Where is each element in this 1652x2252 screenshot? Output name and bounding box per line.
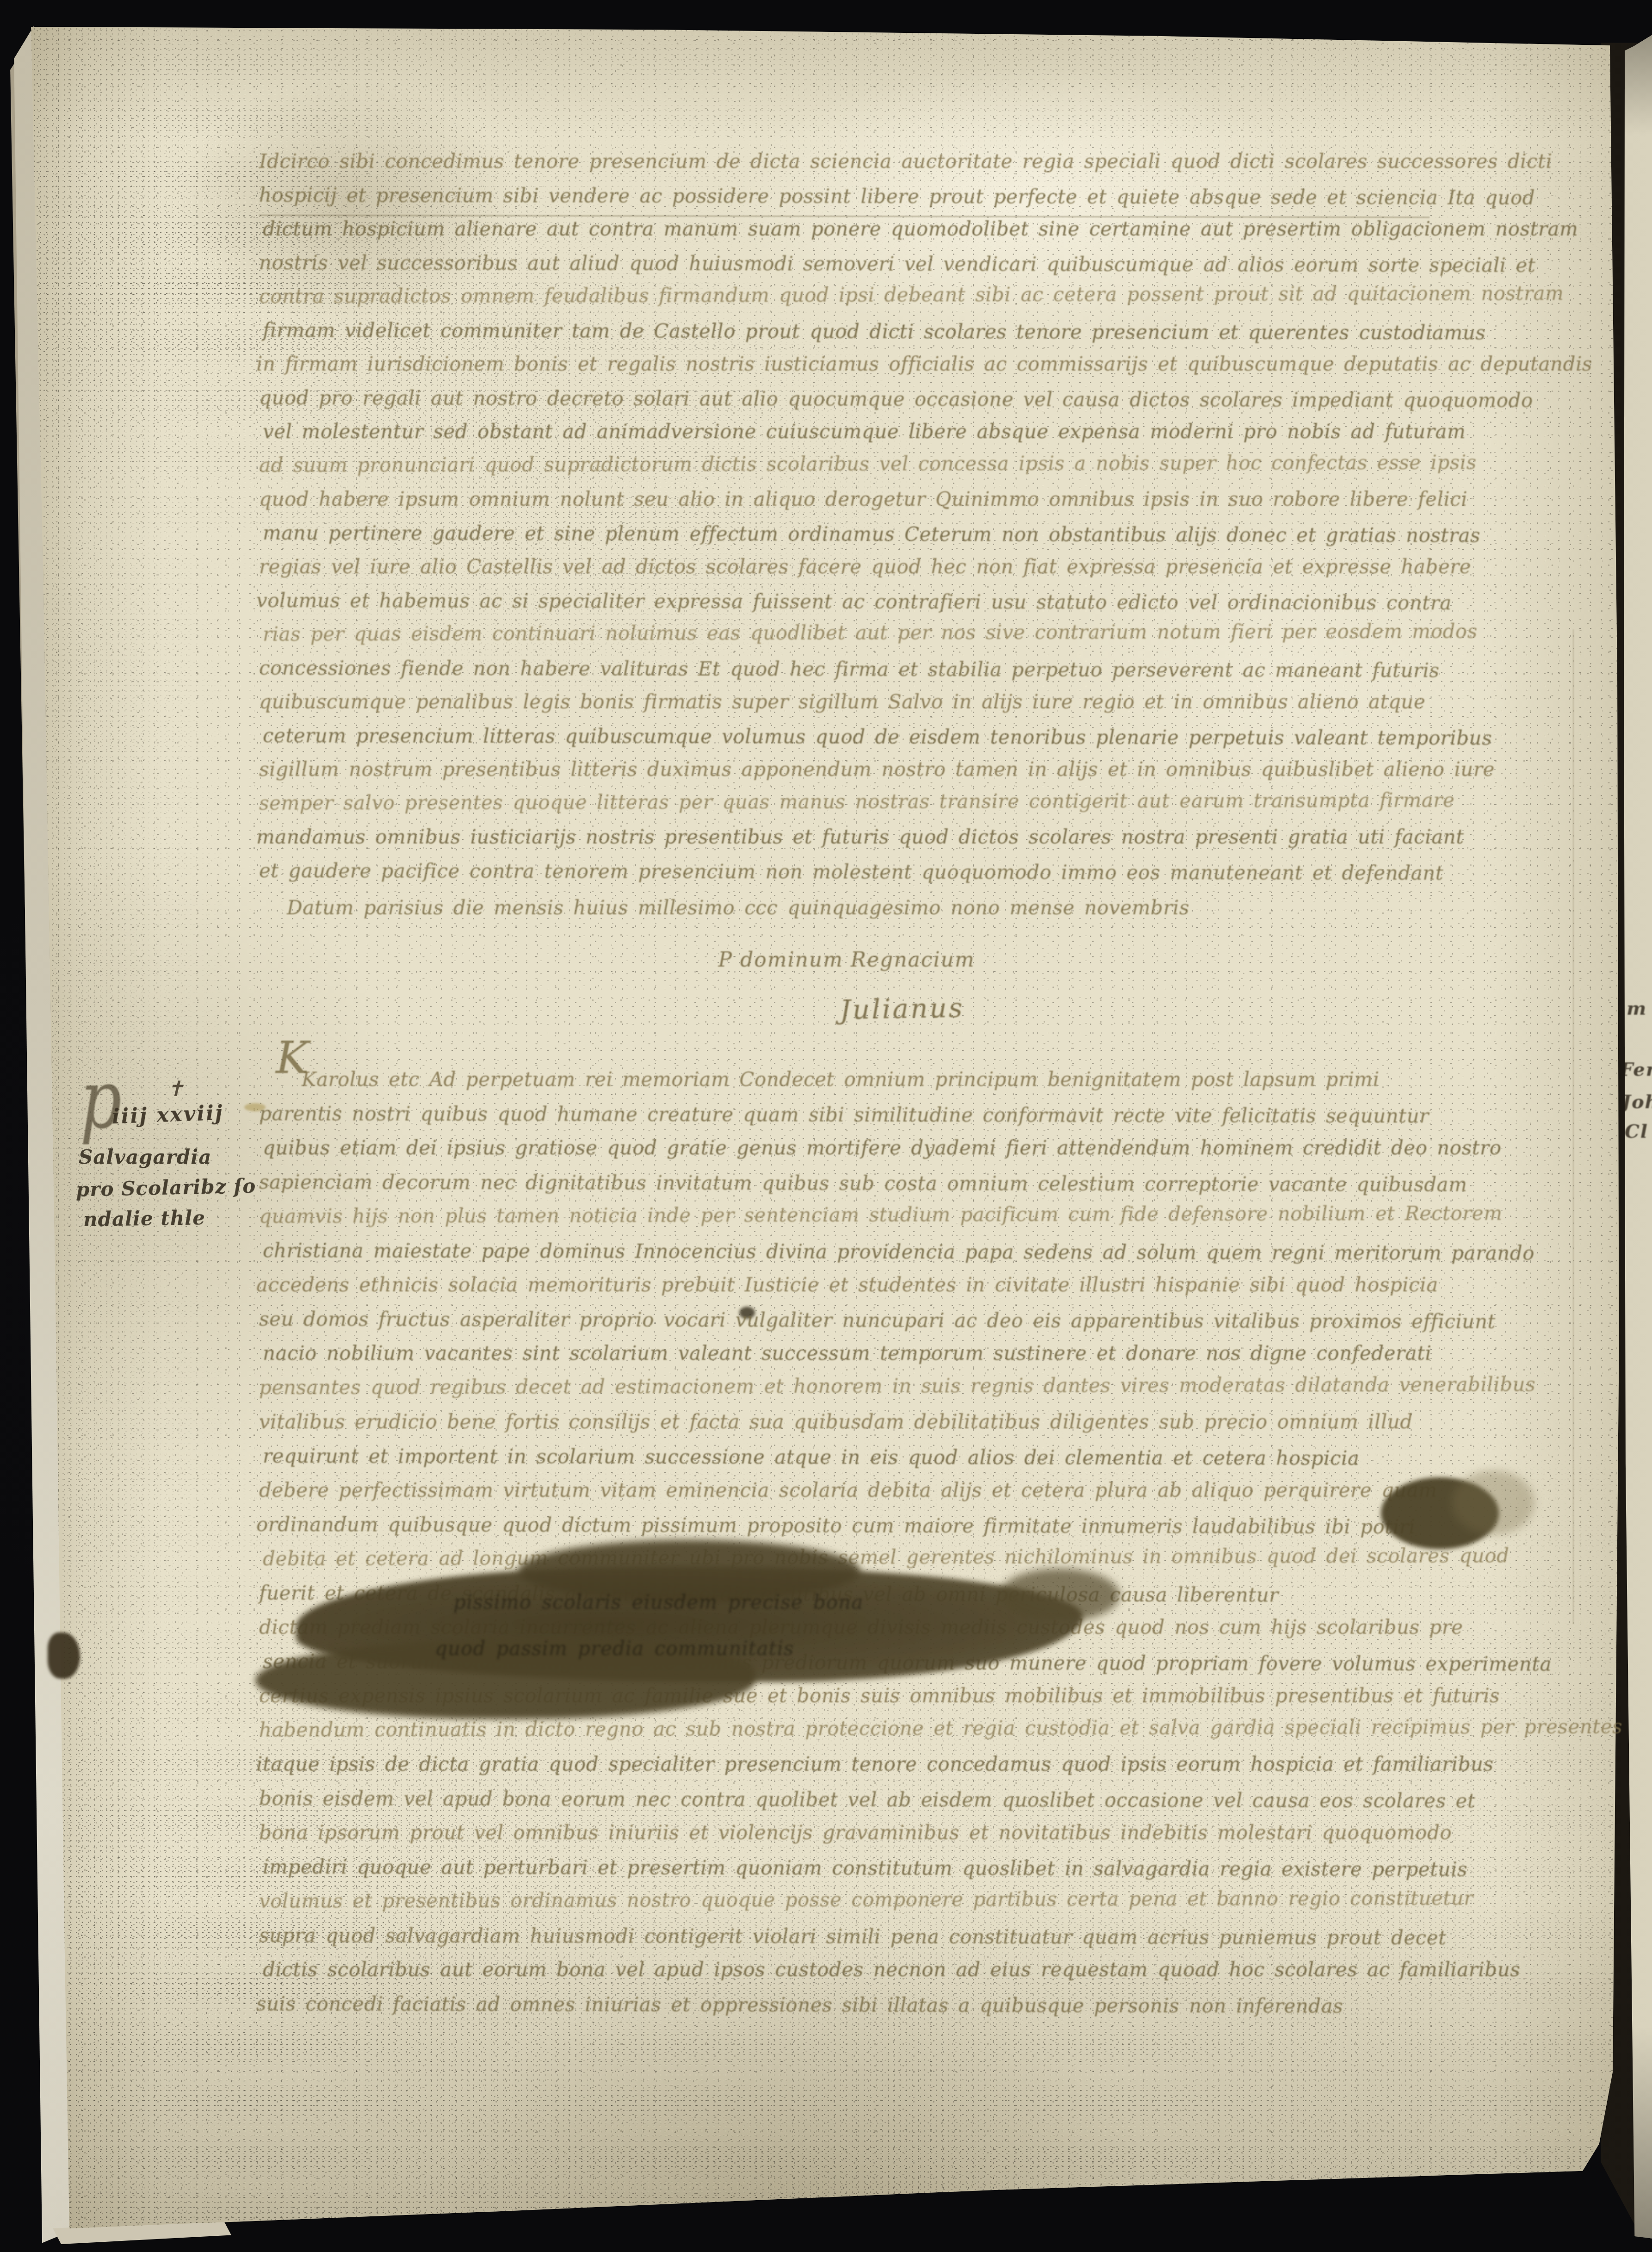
text-line: ad suum pronunciari quod supradictorum d… bbox=[259, 446, 1453, 482]
text-line: quibuscumque penalibus legis bonis firma… bbox=[259, 685, 1453, 719]
text-line: sapienciam decorum nec dignitatibus invi… bbox=[259, 1165, 1453, 1202]
text-line: suis concedi faciatis ad omnes iniurias … bbox=[256, 1987, 1453, 2023]
text-line: rias per quas eisdem continuari noluimus… bbox=[263, 614, 1453, 651]
marginal-title-line: pro Scolaribz ſo bbox=[75, 1170, 282, 1205]
text-line: semper salvo presentes quoque litteras p… bbox=[259, 783, 1453, 820]
text-line: seu domos fructus asperaliter proprio vo… bbox=[259, 1302, 1453, 1339]
manuscript-photo: m Fern Joh Cl Idcirco sibi concedimus te… bbox=[0, 0, 1652, 2252]
adjacent-page-fragment: Fern bbox=[1620, 1061, 1652, 1079]
text-line: requirunt et importent in scolarium succ… bbox=[263, 1439, 1453, 1476]
text-line: sigillum nostrum presentibus litteris du… bbox=[259, 752, 1453, 786]
scribe-signature: Julianus bbox=[740, 987, 1064, 1030]
text-line: impediri quoque aut perturbari et preser… bbox=[263, 1850, 1453, 1886]
text-line: Karolus etc Ad perpetuam rei memoriam Co… bbox=[259, 1062, 1453, 1097]
ghost-line: quod passim predia communitatis bbox=[435, 1639, 794, 1658]
chancery-subscription: P dominum Regnacium bbox=[638, 944, 1055, 976]
text-line: mandamus omnibus iusticiarijs nostris pr… bbox=[256, 820, 1453, 854]
adjacent-page-fragment: Cl bbox=[1625, 1123, 1648, 1141]
marginal-paragraph-mark-icon: ✝ bbox=[167, 1078, 185, 1099]
text-line: parentis nostri quibus quod humane creat… bbox=[259, 1097, 1453, 1133]
text-line: contra supradictos omnem feudalibus firm… bbox=[259, 277, 1453, 313]
text-line: concessiones fiende non habere valituras… bbox=[259, 651, 1453, 687]
text-line: accedens ethnicis solacia memorituris pr… bbox=[256, 1268, 1453, 1302]
text-line: firmam videlicet communiter tam de Caste… bbox=[263, 313, 1453, 349]
text-line: regias vel iure alio Castellis vel ad di… bbox=[259, 550, 1453, 583]
adjacent-page-fragment: m bbox=[1627, 999, 1647, 1018]
text-line: hospicij et presencium sibi vendere ac p… bbox=[259, 178, 1453, 214]
text-line: quibus etiam dei ipsius gratiose quod gr… bbox=[263, 1131, 1453, 1165]
text-line: ordinandum quibusque quod dictum pissimu… bbox=[256, 1508, 1453, 1544]
crease-line bbox=[1573, 629, 1574, 1624]
text-line: dictis scolaribus aut eorum bona vel apu… bbox=[263, 1953, 1453, 1987]
text-line: volumus et presentibus ordinamus nostro … bbox=[259, 1881, 1453, 1918]
text-line: nacio nobilium vacantes sint scolarium v… bbox=[263, 1336, 1453, 1371]
text-line: ceterum presencium litteras quibuscumque… bbox=[263, 719, 1453, 755]
text-line: quod pro regali aut nostro decreto solar… bbox=[259, 381, 1453, 417]
text-line: christiana maiestate pape dominus Innoce… bbox=[263, 1234, 1453, 1270]
text-line: dictum hospicium alienare aut contra man… bbox=[263, 212, 1453, 246]
text-line: vel molestentur sed obstant ad animadver… bbox=[263, 415, 1453, 448]
ink-blot-round bbox=[1381, 1477, 1499, 1549]
text-line: debere perfectissimam virtutum vitam emi… bbox=[259, 1473, 1453, 1508]
text-line: et gaudere pacifice contra tenorem prese… bbox=[259, 854, 1453, 890]
text-line: itaque ipsis de dicta gratia quod specia… bbox=[256, 1747, 1453, 1781]
marginal-number: iiij xxviij bbox=[111, 1103, 224, 1127]
marginal-title: Salvagardiapro Scolaribz ſondalie thle bbox=[79, 1142, 282, 1234]
text-line: pensantes quod regibus decet ad estimaci… bbox=[259, 1368, 1453, 1405]
text-line: bona ipsorum prout vel omnibus iniuriis … bbox=[259, 1816, 1453, 1850]
text-line: volumus et habemus ac si specialiter exp… bbox=[256, 583, 1453, 620]
text-block-1: Idcirco sibi concedimus tenore presenciu… bbox=[259, 144, 1453, 887]
text-block-2: Karolus etc Ad perpetuam rei memoriam Co… bbox=[259, 1062, 1453, 2021]
edge-blot bbox=[48, 1632, 80, 1679]
ink-blot-arm bbox=[999, 1569, 1120, 1622]
marginal-title-line: ndalie thle bbox=[83, 1202, 283, 1235]
text-line: quod habere ipsum omnium nolunt seu alio… bbox=[259, 482, 1453, 516]
text-line: manu pertinere gaudere et sine plenum ef… bbox=[263, 516, 1453, 552]
adjacent-page-fragment: Joh bbox=[1622, 1093, 1652, 1111]
text-line: bonis eisdem vel apud bona eorum nec con… bbox=[259, 1781, 1453, 1818]
text-line: Idcirco sibi concedimus tenore presenciu… bbox=[259, 144, 1453, 178]
marginal-title-line: Salvagardia bbox=[79, 1142, 282, 1173]
ghost-line: pissimo scolaris eiusdem precise bona bbox=[453, 1593, 863, 1612]
dating-line: Datum parisius die mensis huius millesim… bbox=[287, 891, 1397, 924]
text-line: supra quod salvagardiam huiusmodi contig… bbox=[259, 1918, 1453, 1955]
text-line: vitalibus erudicio bene fortis consilijs… bbox=[259, 1405, 1453, 1439]
text-line: quamvis hijs non plus tamen noticia inde… bbox=[259, 1197, 1453, 1234]
text-line: in firmam iurisdicionem bonis et regalis… bbox=[256, 347, 1453, 381]
